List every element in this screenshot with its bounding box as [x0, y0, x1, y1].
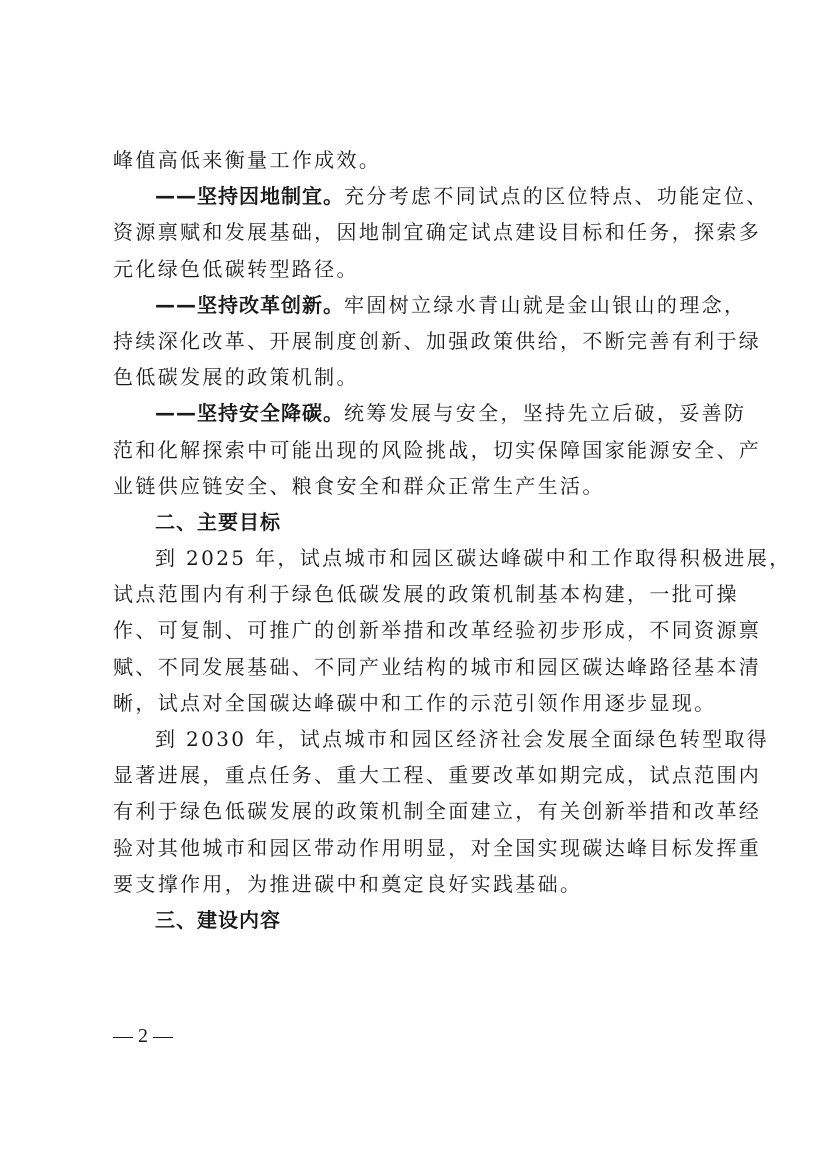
- paragraph-line: 业链供应链安全、粮食安全和群众正常生产生活。: [113, 468, 717, 504]
- paragraph-line: 作、可复制、可推广的创新举措和改革经验初步形成，不同资源禀: [113, 612, 717, 648]
- paragraph-line: 晰，试点对全国碳达峰碳中和工作的示范引领作用逐步显现。: [113, 685, 717, 721]
- document-page: 峰值高低来衡量工作成效。 ——坚持因地制宜。充分考虑不同试点的区位特点、功能定位…: [113, 142, 717, 938]
- paragraph-line: 到 2025 年，试点城市和园区碳达峰碳中和工作取得积极进展，: [113, 540, 717, 576]
- principle-lead: ——坚持因地制宜。: [155, 184, 344, 208]
- paragraph-line: 试点范围内有利于绿色低碳发展的政策机制基本构建，一批可操: [113, 576, 717, 612]
- principle-lead: ——坚持安全降碳。: [155, 401, 344, 425]
- paragraph-line: 要支撑作用，为推进碳中和奠定良好实践基础。: [113, 866, 717, 902]
- principle-text: 牢固树立绿水青山就是金山银山的理念，: [344, 293, 746, 317]
- paragraph-line: 色低碳发展的政策机制。: [113, 359, 717, 395]
- principle-text: 统筹发展与安全，坚持先立后破，妥善防: [344, 401, 746, 425]
- principle-paragraph-line: ——坚持安全降碳。统筹发展与安全，坚持先立后破，妥善防: [113, 395, 717, 431]
- principle-paragraph-line: ——坚持因地制宜。充分考虑不同试点的区位特点、功能定位、: [113, 178, 717, 214]
- page-number: — 2 —: [113, 1025, 173, 1048]
- paragraph-line: 到 2030 年，试点城市和园区经济社会发展全面绿色转型取得: [113, 721, 717, 757]
- paragraph-line: 持续深化改革、开展制度创新、加强政策供给，不断完善有利于绿: [113, 323, 717, 359]
- paragraph-line: 显著进展，重点任务、重大工程、重要改革如期完成，试点范围内: [113, 757, 717, 793]
- paragraph-line: 有利于绿色低碳发展的政策机制全面建立，有关创新举措和改革经: [113, 793, 717, 829]
- paragraph-line: 资源禀赋和发展基础，因地制宜确定试点建设目标和任务，探索多: [113, 214, 717, 250]
- paragraph-continuation-line: 峰值高低来衡量工作成效。: [113, 142, 717, 178]
- section-heading: 二、主要目标: [113, 504, 717, 540]
- paragraph-line: 范和化解探索中可能出现的风险挑战，切实保障国家能源安全、产: [113, 432, 717, 468]
- principle-text: 充分考虑不同试点的区位特点、功能定位、: [344, 184, 769, 208]
- principle-lead: ——坚持改革创新。: [155, 293, 344, 317]
- paragraph-line: 赋、不同发展基础、不同产业结构的城市和园区碳达峰路径基本清: [113, 649, 717, 685]
- paragraph-line: 验对其他城市和园区带动作用明显，对全国实现碳达峰目标发挥重: [113, 830, 717, 866]
- paragraph-line: 元化绿色低碳转型路径。: [113, 251, 717, 287]
- section-heading: 三、建设内容: [113, 902, 717, 938]
- principle-paragraph-line: ——坚持改革创新。牢固树立绿水青山就是金山银山的理念，: [113, 287, 717, 323]
